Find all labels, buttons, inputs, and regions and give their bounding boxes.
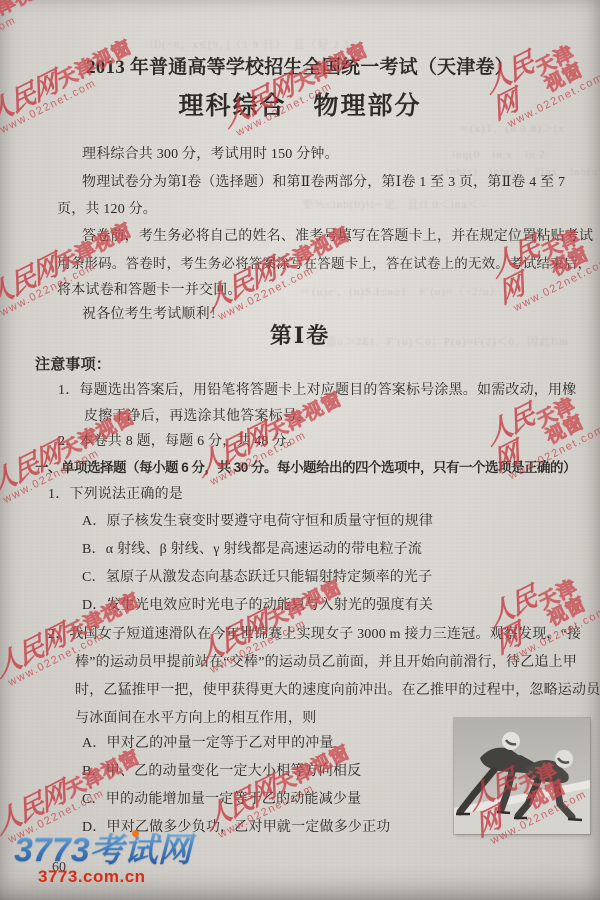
q2-option-a: A．甲对乙的冲量一定等于乙对甲的冲量 bbox=[82, 737, 334, 751]
watermark-brand: 人民网 bbox=[0, 252, 60, 313]
intro-line-1: 理科综合共 300 分，考试用时 150 分钟。 bbox=[82, 148, 339, 162]
skaters-photo bbox=[454, 718, 590, 834]
q1-option-b: B．α 射线、β 射线、γ 射线都是高速运动的带电粒子流 bbox=[82, 543, 422, 557]
note-1-line-1: 1．每题选出答案后，用铅笔将答题卡上对应题目的答案标号涂黑。如需改动，用橡 bbox=[58, 384, 576, 398]
ink-bleedthrough-fragment: lnq(0 ln x ln 2 bbox=[452, 146, 546, 162]
intro-line-2: 物理试卷分为第Ⅰ卷（选择题）和第Ⅱ卷两部分，第Ⅰ卷 1 至 3 页，第Ⅱ卷 4 … bbox=[82, 176, 565, 190]
note-1-line-2: 皮擦干净后，再选涂其他答案标号。 bbox=[84, 410, 311, 424]
watermark-suffix: 天津视窗 bbox=[536, 571, 600, 630]
q1-option-a: A．原子核发生衰变时要遵守电荷守恒和质量守恒的规律 bbox=[82, 515, 433, 529]
exam-subtitle: 理科综合 物理部分 bbox=[0, 94, 600, 119]
scanned-exam-page: 60 3773考试网 3773.com.cn 2013 年普通高等学校招生全国统… bbox=[0, 0, 600, 900]
ink-bleedthrough-fragment: ＝(u)e′，(n)S.I≤u≥1 F′(u)=（−2/u） bbox=[300, 283, 501, 299]
watermark-row: 人民网天津视窗 bbox=[201, 737, 354, 833]
q2-option-b: B．甲、乙的动量变化一定大小相等方向相反 bbox=[82, 765, 361, 779]
ink-bleedthrough-fragment: ＝(x)T，(8 0 8)＞[x bbox=[458, 120, 565, 136]
q1-stem: 1．下列说法正确的是 bbox=[48, 488, 183, 502]
watermark-suffix: 天津视窗 bbox=[0, 0, 55, 28]
watermark-stamp: 人民网天津视窗www.022net.com bbox=[0, 32, 141, 138]
watermark-url: www.022net.com bbox=[6, 608, 149, 689]
ink-bleedthrough-fragment: 要⅖≤lnb(0)½─定．且Π 0＜lna＜﹣ bbox=[302, 196, 491, 212]
notes-heading: 注意事项： bbox=[35, 357, 111, 372]
q2-line-2: 棒”的运动员甲提前站在“交棒”的运动员乙前面，并且开始向前滑行，待乙追上甲 bbox=[75, 656, 577, 670]
q2-line-3: 时，乙猛推甲一把，使甲获得更大的速度向前冲出。在乙推甲的过程中，忽略运动员 bbox=[75, 684, 600, 698]
intro-line-6: 将本试卷和答题卡一并交回。 bbox=[57, 284, 242, 298]
q1-option-d: D．发生光电效应时光电子的动能只与入射光的强度有关 bbox=[82, 599, 433, 613]
intro-line-5: 用条形码。答卷时，考生务必将答案涂写在答题卡上，答在试卷上的无效。考试结束后， bbox=[57, 257, 591, 271]
wish-line: 祝各位考生考试顺利！ bbox=[82, 308, 224, 322]
q2-line-4: 与冰面间在水平方向上的相互作用，则 bbox=[75, 712, 316, 726]
watermark-row: 人民网天津视窗 bbox=[0, 0, 56, 65]
watermark-stamp: 人民网天津视窗www.022net.com bbox=[481, 558, 600, 666]
volume-1-heading: 第Ⅰ卷 bbox=[0, 325, 600, 347]
site-logo: 3773考试网 3773.com.cn bbox=[14, 833, 234, 885]
note-2: 2．本卷共 8 题，每题 6 分，共 48 分。 bbox=[58, 435, 301, 449]
site-logo-url: 3773.com.cn bbox=[38, 868, 234, 885]
section-1-heading: 一、单项选择题（每小题 6 分，共 30 分。每小题给出的四个选项中，只有一个选… bbox=[35, 461, 576, 475]
q1-option-c: C．氢原子从激发态向基态跃迁只能辐射特定频率的光子 bbox=[82, 571, 432, 585]
watermark-row: 人民网天津视窗 bbox=[193, 572, 346, 668]
site-logo-text: 3773考试网 bbox=[14, 833, 234, 867]
watermark-brand: 人民网 bbox=[486, 582, 546, 659]
exam-title: 2013 年普通高等学校招生全国统一考试（天津卷） bbox=[0, 58, 600, 77]
logo-accent-dot bbox=[132, 830, 139, 837]
intro-line-3: 页，共 120 分。 bbox=[57, 203, 157, 217]
ink-bleedthrough-fragment: ⑴(−6，x∈[9，]（1 9 日） 且（好 2 3）] bbox=[150, 36, 361, 52]
intro-line-4: 答卷前，考生务必将自己的姓名、准考号填写在答题卡上，并在规定位置粘贴考试 bbox=[82, 230, 593, 244]
q2-option-c: C．甲的动能增加量一定等于乙的动能减少量 bbox=[82, 793, 361, 807]
q2-line-1: 2．我国女子短道速滑队在今年世锦赛上实现女子 3000 m 接力三连冠。观察发现… bbox=[48, 628, 581, 642]
